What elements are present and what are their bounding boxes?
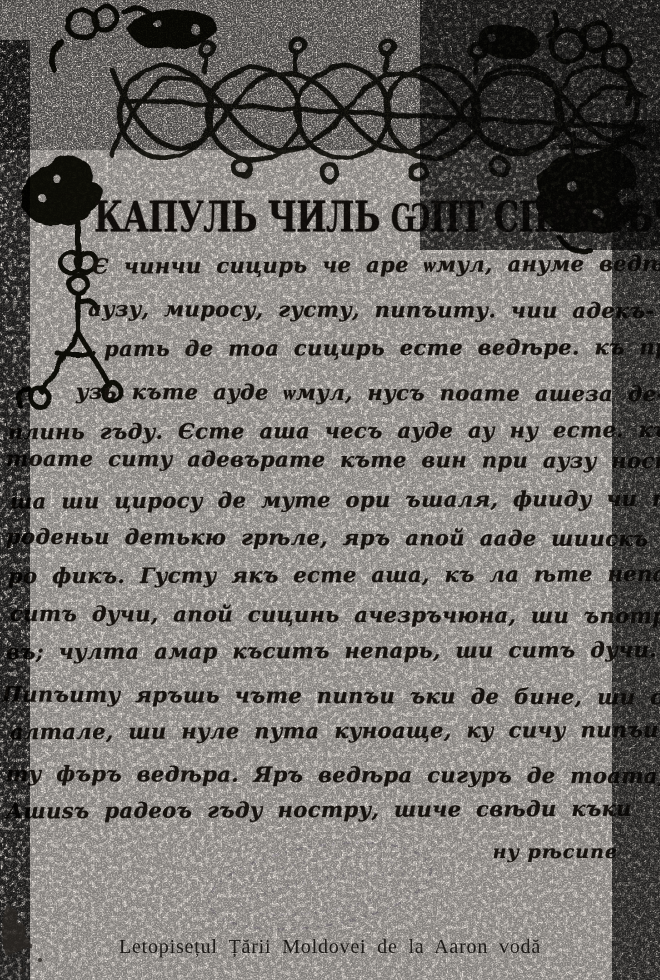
catchword: ну рѣсипе — [493, 841, 618, 863]
top-left-beast-head-icon — [52, 6, 216, 70]
manuscript-line: тоате ситу адевърате къте вин при аузу н… — [6, 446, 660, 474]
manuscript-line: алтале, ши нуле пута куноаще, ку сичу пи… — [10, 717, 660, 744]
manuscript-line: ситъ дучи, апой сицинь ачезръчюна, ши ъп… — [10, 601, 660, 628]
knotwork-band-icon — [112, 39, 644, 181]
chapter-title: КАПУЛЬ ЧИЛЬ ѠПТ СПРЪЗѢЧЕ — [94, 192, 660, 242]
manuscript-line: плинь гъду. Єсте аша чесъ ауде ау ну ест… — [8, 417, 660, 444]
manuscript-line: Пипъиту яръшь чъте пипъи ъки де бине, ши… — [2, 682, 660, 710]
manuscript-line: ту фъръ ведѣра. Яръ ведѣра сигуръ де тоа… — [6, 761, 660, 788]
manuscript-line: Є чинчи сицирь че аре ѡмул, ануме ведѣра… — [92, 250, 660, 279]
top-right-beast-head-icon — [478, 12, 631, 104]
oval-stamp — [203, 829, 437, 943]
manuscript-line: ро фикъ. Густу якъ есте аша, къ ла ѣте н… — [8, 561, 660, 589]
printed-caption: Letopisețul Țării Moldovei de la Aaron v… — [0, 936, 660, 959]
manuscript-line: роденьи детькю грѣле, яръ апой ааде шиис… — [6, 524, 660, 552]
manuscript-line: ша ши циросу де муте ори ъшаля, фииду чи… — [10, 485, 660, 513]
manuscript-line: узь къте ауде ѡмул, нусъ поате ашеза де- — [76, 379, 660, 408]
manuscript-line: аузу, миросу, густу, пипъиту. чии адекъ- — [88, 296, 655, 323]
manuscript-page: КАПУЛЬ ЧИЛЬ ѠПТ СПРЪЗѢЧЕ Є чинчи сицирь … — [0, 0, 660, 980]
manuscript-line: рать де тоа сицирь есте ведѣре. къ пре а… — [104, 334, 660, 361]
manuscript-line: въ; чулта амар къситъ непарь, ши ситъ ду… — [6, 637, 657, 664]
manuscript-line: Ашиѕъ радеоъ гъду ностру, шиче свѣди кък… — [6, 796, 632, 824]
